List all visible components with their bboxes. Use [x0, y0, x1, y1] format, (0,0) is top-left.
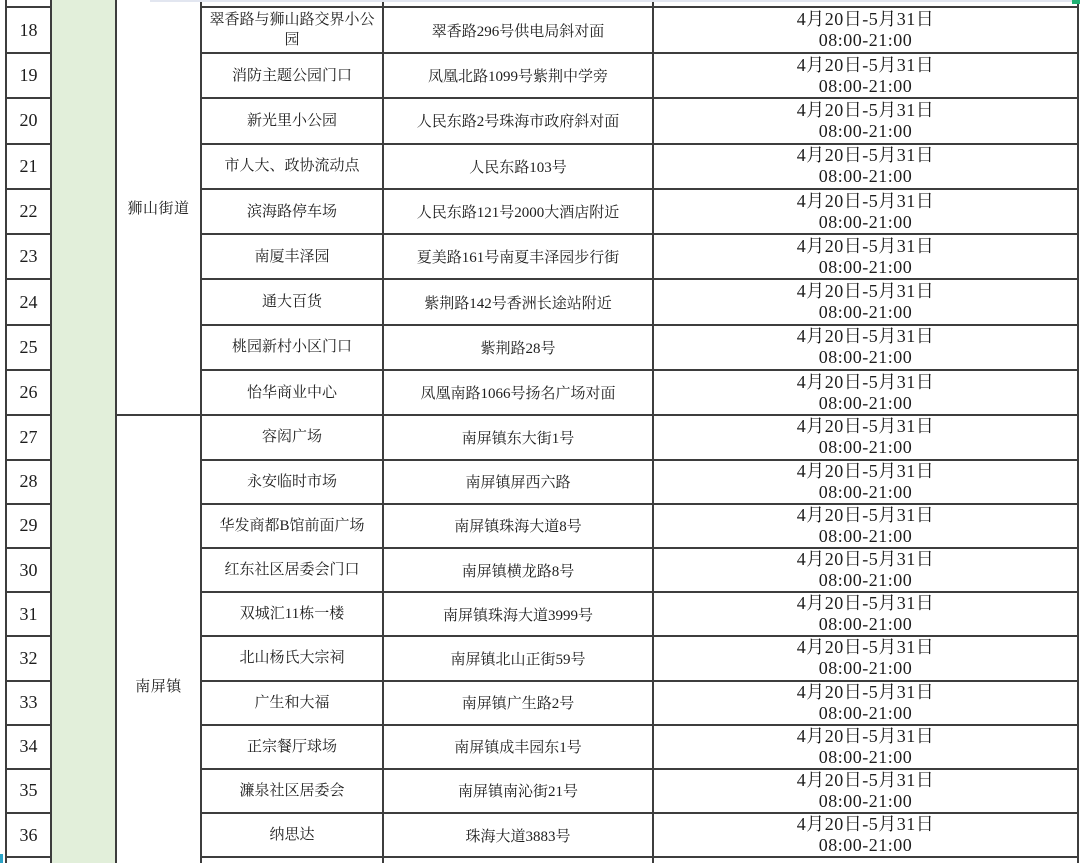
site-name-cell: 通大百货: [201, 279, 383, 324]
site-name-cell: 新光里小公园: [201, 98, 383, 143]
schedule-cell: 4月20日-5月31日08:00-21:00: [653, 144, 1078, 189]
row-number-cell: 32: [6, 636, 51, 680]
schedule-hours: 08:00-21:00: [654, 791, 1077, 812]
address-cell: 南屏镇南沁街21号: [383, 769, 653, 813]
row-number-cell: 25: [6, 325, 51, 370]
schedule-cell: 4月20日-5月31日08:00-21:00: [653, 370, 1078, 415]
address-cell: 南屏镇东大街1号: [383, 415, 653, 459]
site-name-cell: 永安临时市场: [201, 460, 383, 504]
row-number-cell: 30: [6, 548, 51, 592]
screenshot-viewport: 狮山街道18翠香路与狮山路交界小公园翠香路296号供电局斜对面4月20日-5月3…: [0, 0, 1080, 863]
site-name-cell: 怡华商业中心: [201, 370, 383, 415]
address-cell: 夏美路161号南夏丰泽园步行街: [383, 234, 653, 279]
street-group-cell: 狮山街道: [116, 0, 201, 415]
schedule-cell: 4月20日-5月31日08:00-21:00: [653, 460, 1078, 504]
row-number-cell: 28: [6, 460, 51, 504]
schedule-hours: 08:00-21:00: [654, 30, 1077, 51]
site-name-cell: 南厦丰泽园: [201, 234, 383, 279]
address-cell: 南屏镇成丰园东1号: [383, 725, 653, 769]
schedule-cell: 4月20日-5月31日08:00-21:00: [653, 325, 1078, 370]
site-name-cell: 双城汇11栋一楼: [201, 592, 383, 636]
schedule-hours: 08:00-21:00: [654, 257, 1077, 278]
site-name-cell: 濂泉社区居委会: [201, 769, 383, 813]
schedule-dates: 4月20日-5月31日: [654, 416, 1077, 437]
site-name-cell: 红东社区居委会门口: [201, 548, 383, 592]
schedule-cell: 4月20日-5月31日08:00-21:00: [653, 7, 1078, 53]
row-number-cell: 26: [6, 370, 51, 415]
address-cell: 南屏镇珠海大道8号: [383, 504, 653, 548]
schedule-cell: 4月20日-5月31日08:00-21:00: [653, 504, 1078, 548]
address-cell: 凤凰北路1099号紫荆中学旁: [383, 53, 653, 98]
row-number-cell: 22: [6, 189, 51, 234]
schedule-hours: 08:00-21:00: [654, 212, 1077, 233]
schedule-dates: 4月20日-5月31日: [654, 770, 1077, 791]
schedule-hours: 08:00-21:00: [654, 393, 1077, 414]
row-number-cell: 18: [6, 7, 51, 53]
address-cell: 南屏镇横龙路8号: [383, 548, 653, 592]
schedule-dates: 4月20日-5月31日: [654, 461, 1077, 482]
schedule-cell: 4月20日-5月31日08:00-21:00: [653, 548, 1078, 592]
row-number-cell: 31: [6, 592, 51, 636]
row-number-cell: 23: [6, 234, 51, 279]
schedule-cell: 4月20日-5月31日08:00-21:00: [653, 415, 1078, 459]
site-name-cell: 广生和大福: [201, 681, 383, 725]
schedule-hours: 08:00-21:00: [654, 570, 1077, 591]
schedule-cell: 4月20日-5月31日08:00-21:00: [653, 53, 1078, 98]
schedule-cell: [653, 857, 1078, 863]
schedule-dates: 4月20日-5月31日: [654, 682, 1077, 703]
address-cell: 南屏镇屏西六路: [383, 460, 653, 504]
teal-corner-mark: [0, 854, 3, 863]
row-number-cell: 21: [6, 144, 51, 189]
site-name-cell: 翠香路与狮山路交界小公园: [201, 7, 383, 53]
site-name-cell: 华发商都B馆前面广场: [201, 504, 383, 548]
site-name-cell: 正宗餐厅球场: [201, 725, 383, 769]
table-body: 狮山街道18翠香路与狮山路交界小公园翠香路296号供电局斜对面4月20日-5月3…: [6, 0, 1078, 863]
site-name-cell: 市人大、政协流动点: [201, 144, 383, 189]
schedule-hours: 08:00-21:00: [654, 121, 1077, 142]
row-number-cell: [6, 0, 51, 7]
schedule-dates: 4月20日-5月31日: [654, 726, 1077, 747]
schedule-dates: 4月20日-5月31日: [654, 191, 1077, 212]
site-name-cell: [201, 857, 383, 863]
address-cell: 翠香路296号供电局斜对面: [383, 7, 653, 53]
schedule-cell: 4月20日-5月31日08:00-21:00: [653, 234, 1078, 279]
schedule-dates: 4月20日-5月31日: [654, 814, 1077, 835]
schedule-dates: 4月20日-5月31日: [654, 100, 1077, 121]
schedule-dates: 4月20日-5月31日: [654, 281, 1077, 302]
site-name-cell: 容闳广场: [201, 415, 383, 459]
site-name-cell: 桃园新村小区门口: [201, 325, 383, 370]
address-cell: [383, 857, 653, 863]
schedule-hours: 08:00-21:00: [654, 614, 1077, 635]
schedule-hours: 08:00-21:00: [654, 482, 1077, 503]
table-row: 27南屏镇容闳广场南屏镇东大街1号4月20日-5月31日08:00-21:00: [6, 415, 1078, 459]
top-edge-strip: [150, 0, 1072, 2]
row-number-cell: 27: [6, 415, 51, 459]
schedule-dates: 4月20日-5月31日: [654, 637, 1077, 658]
address-cell: 人民东路103号: [383, 144, 653, 189]
schedule-hours: 08:00-21:00: [654, 835, 1077, 856]
sampling-sites-table: 狮山街道18翠香路与狮山路交界小公园翠香路296号供电局斜对面4月20日-5月3…: [5, 0, 1079, 863]
schedule-dates: 4月20日-5月31日: [654, 549, 1077, 570]
row-number-cell: 24: [6, 279, 51, 324]
row-number-cell: [6, 857, 51, 863]
row-number-cell: 33: [6, 681, 51, 725]
schedule-hours: 08:00-21:00: [654, 658, 1077, 679]
address-cell: 南屏镇珠海大道3999号: [383, 592, 653, 636]
address-cell: 紫荆路142号香洲长途站附近: [383, 279, 653, 324]
site-name-cell: 消防主题公园门口: [201, 53, 383, 98]
row-number-cell: 20: [6, 98, 51, 143]
schedule-cell: 4月20日-5月31日08:00-21:00: [653, 189, 1078, 234]
district-cell: [51, 0, 116, 863]
schedule-dates: 4月20日-5月31日: [654, 593, 1077, 614]
row-number-cell: 35: [6, 769, 51, 813]
schedule-cell: 4月20日-5月31日08:00-21:00: [653, 592, 1078, 636]
schedule-hours: 08:00-21:00: [654, 302, 1077, 323]
address-cell: 紫荆路28号: [383, 325, 653, 370]
row-number-cell: 34: [6, 725, 51, 769]
schedule-dates: 4月20日-5月31日: [654, 372, 1077, 393]
schedule-cell: 4月20日-5月31日08:00-21:00: [653, 725, 1078, 769]
schedule-dates: 4月20日-5月31日: [654, 505, 1077, 526]
schedule-cell: 4月20日-5月31日08:00-21:00: [653, 98, 1078, 143]
schedule-dates: 4月20日-5月31日: [654, 55, 1077, 76]
schedule-cell: 4月20日-5月31日08:00-21:00: [653, 681, 1078, 725]
address-cell: 珠海大道3883号: [383, 813, 653, 857]
schedule-dates: 4月20日-5月31日: [654, 9, 1077, 30]
site-name-cell: 滨海路停车场: [201, 189, 383, 234]
green-corner-mark: [1072, 0, 1080, 4]
schedule-cell: 4月20日-5月31日08:00-21:00: [653, 636, 1078, 680]
schedule-hours: 08:00-21:00: [654, 166, 1077, 187]
address-cell: 人民东路2号珠海市政府斜对面: [383, 98, 653, 143]
street-group-cell: 南屏镇: [116, 415, 201, 863]
schedule-cell: 4月20日-5月31日08:00-21:00: [653, 813, 1078, 857]
schedule-hours: 08:00-21:00: [654, 703, 1077, 724]
address-cell: 凤凰南路1066号扬名广场对面: [383, 370, 653, 415]
schedule-hours: 08:00-21:00: [654, 347, 1077, 368]
site-name-cell: 纳思达: [201, 813, 383, 857]
row-number-cell: 29: [6, 504, 51, 548]
address-cell: 人民东路121号2000大酒店附近: [383, 189, 653, 234]
schedule-cell: 4月20日-5月31日08:00-21:00: [653, 769, 1078, 813]
row-number-cell: 19: [6, 53, 51, 98]
address-cell: 南屏镇北山正街59号: [383, 636, 653, 680]
site-name-cell: 北山杨氏大宗祠: [201, 636, 383, 680]
schedule-dates: 4月20日-5月31日: [654, 236, 1077, 257]
schedule-hours: 08:00-21:00: [654, 437, 1077, 458]
address-cell: 南屏镇广生路2号: [383, 681, 653, 725]
schedule-hours: 08:00-21:00: [654, 747, 1077, 768]
schedule-hours: 08:00-21:00: [654, 526, 1077, 547]
schedule-hours: 08:00-21:00: [654, 76, 1077, 97]
row-number-cell: 36: [6, 813, 51, 857]
schedule-dates: 4月20日-5月31日: [654, 326, 1077, 347]
schedule-dates: 4月20日-5月31日: [654, 145, 1077, 166]
schedule-cell: 4月20日-5月31日08:00-21:00: [653, 279, 1078, 324]
